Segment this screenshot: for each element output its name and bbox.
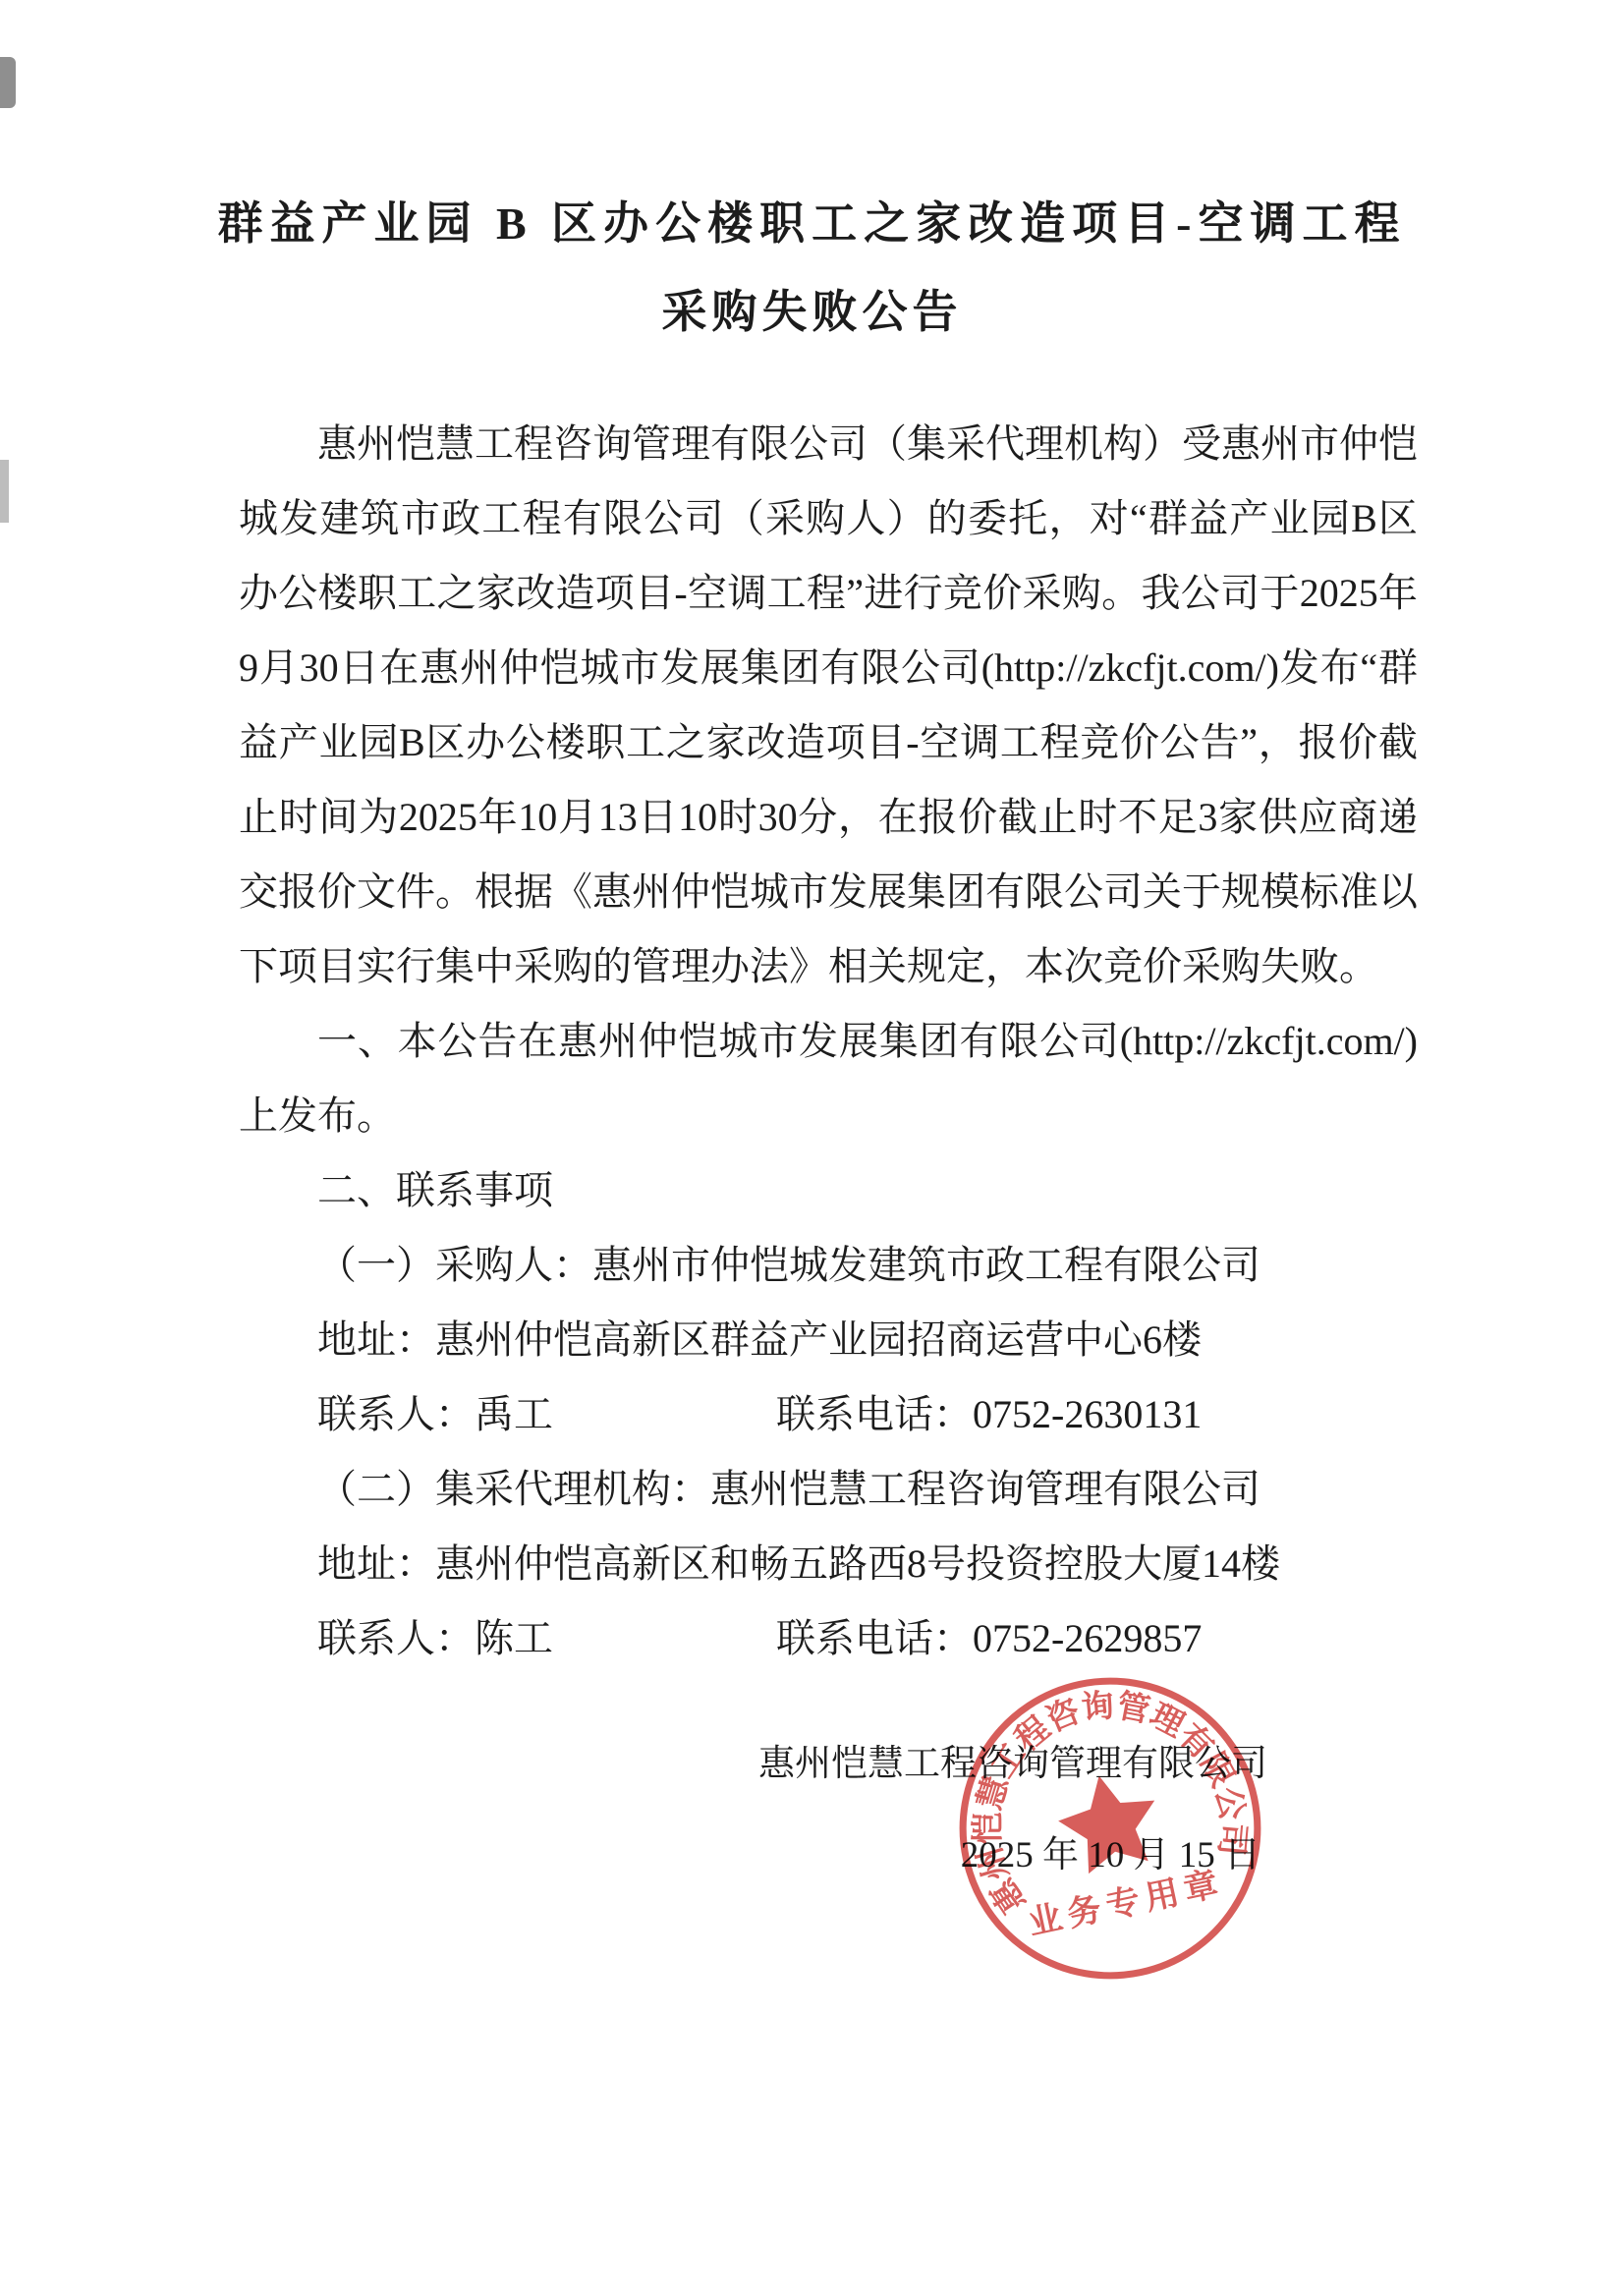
signature-company: 惠州恺慧工程咨询管理有限公司	[0, 1745, 1624, 1785]
seal-star-icon	[1051, 1765, 1167, 1877]
agency-contact-row: 联系人：陈工 联系电话：0752-2629857	[239, 1601, 1418, 1676]
agency-address-line: 地址：惠州仲恺高新区和畅五路西8号投资控股大厦14楼	[239, 1527, 1418, 1601]
purchaser-contact-person: 联系人：禹工	[317, 1377, 553, 1452]
purchaser-name-line: （一）采购人：惠州市仲恺城发建筑市政工程有限公司	[239, 1228, 1418, 1303]
agency-name-line: （二）集采代理机构：惠州恺慧工程咨询管理有限公司	[239, 1452, 1418, 1527]
agency-contact-person: 联系人：陈工	[317, 1601, 553, 1676]
document-body: 惠州恺慧工程咨询管理有限公司（集采代理机构）受惠州市仲恺城发建筑市政工程有限公司…	[239, 407, 1418, 1676]
seal-bottom-text: 业务专用章	[1025, 1864, 1227, 1942]
paragraph-item-2: 二、联系事项	[239, 1153, 1418, 1228]
paragraph-item-1: 一、本公告在惠州仲恺城市发展集团有限公司(http://zkcfjt.com/)…	[239, 1004, 1418, 1153]
scan-edge-artifact	[0, 57, 16, 108]
document-page: 群益产业园 B 区办公楼职工之家改造项目-空调工程 采购失败公告 惠州恺慧工程咨…	[0, 0, 1624, 2295]
purchaser-contact-phone: 联系电话：0752-2630131	[776, 1377, 1202, 1452]
signature-date: 2025 年 10 月 15 日	[0, 1836, 1624, 1876]
company-seal-stamp: 惠州恺慧工程咨询管理有限公司 业务专用章	[922, 1640, 1299, 2017]
purchaser-contact-row: 联系人：禹工 联系电话：0752-2630131	[239, 1377, 1418, 1452]
signature-block: 惠州恺慧工程咨询管理有限公司 2025 年 10 月 15 日	[0, 1745, 1624, 1875]
purchaser-address-line: 地址：惠州仲恺高新区群益产业园招商运营中心6楼	[239, 1303, 1418, 1377]
scan-edge-artifact	[0, 460, 9, 523]
paragraph-intro: 惠州恺慧工程咨询管理有限公司（集采代理机构）受惠州市仲恺城发建筑市政工程有限公司…	[239, 407, 1418, 1004]
document-title-line2: 采购失败公告	[0, 288, 1624, 337]
document-title-line1: 群益产业园 B 区办公楼职工之家改造项目-空调工程	[0, 0, 1624, 249]
